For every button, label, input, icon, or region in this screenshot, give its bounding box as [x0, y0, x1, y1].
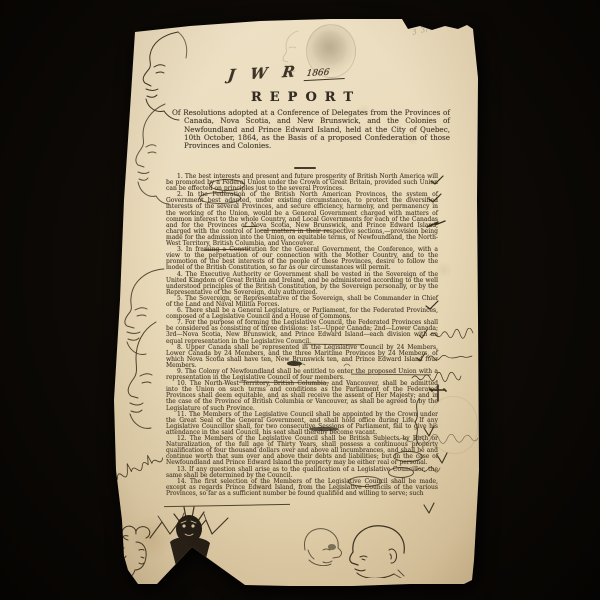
subtitle-paragraph: Of Resolutions adopted at a Conference o… — [172, 109, 450, 150]
cursive-line-icon — [398, 434, 478, 444]
resolution-10: 10. The North-West Territory, British Co… — [166, 381, 438, 411]
checkmark-note-icon — [418, 328, 476, 340]
resolution-1: 1. The best interests and present and fu… — [166, 174, 438, 192]
owner-inscription: J W R 1866 — [227, 59, 347, 84]
ink-scribble-icon — [426, 220, 446, 230]
ink-blot-during-life — [309, 427, 339, 431]
paper-sheet: 48170 3 3/4 J W R 1866 REPORT Of Resolut… — [112, 18, 482, 588]
ink-spot — [328, 544, 336, 550]
document-page: 48170 3 3/4 J W R 1866 REPORT Of Resolut… — [112, 18, 482, 588]
resolution-2: 2. In the Federation of the British Nort… — [166, 192, 438, 247]
ornament-rule — [294, 167, 316, 169]
tiny-digit-mark-icon — [343, 362, 351, 368]
small-scribble-icon — [415, 465, 441, 473]
resolution-11: 11. The Members of the Legislative Counc… — [166, 412, 438, 436]
page-title: REPORT — [166, 90, 438, 105]
checkmark-icon — [428, 193, 442, 204]
handwritten-word-icon — [110, 446, 169, 486]
resolution-13: 13. If any question shall arise as to th… — [166, 467, 438, 479]
woman-head-icon — [120, 524, 156, 584]
tiny-digit-mark-icon — [298, 362, 306, 368]
checkmark-note-icon — [416, 351, 476, 363]
resolution-3: 3. In framing a Constitution for the Gen… — [166, 247, 438, 271]
profile-face-lower-left-icon — [114, 318, 170, 436]
pencil-note-2: 3 3/4 — [411, 23, 435, 36]
bald-profile-facing-left-icon — [346, 520, 410, 578]
cursive-note-icon — [411, 372, 467, 382]
profile-face-upper-left-icon — [125, 100, 179, 208]
checkmark-icon — [425, 300, 439, 311]
resolution-14: 14. The first selection of the Members o… — [166, 479, 438, 497]
photo-background: { "scene":{"background_color":"#0c0906",… — [0, 0, 600, 600]
resolution-4: 4. The Executive Authority or Government… — [166, 272, 438, 296]
checkmark-icon — [436, 452, 448, 464]
faint-pencil-oval — [428, 396, 478, 454]
inscription-year: 1866 — [304, 67, 346, 81]
checkmark-icon — [423, 502, 435, 514]
bald-profile-facing-right-icon — [302, 524, 344, 566]
dark-figure-icon — [162, 504, 218, 568]
inscription-initials: J W R — [227, 62, 301, 84]
resolutions-text: 1. The best interests and present and fu… — [166, 174, 438, 497]
resolution-7: 7. For the purpose of forming the Legisl… — [166, 320, 438, 344]
checkmark-icon — [430, 175, 444, 186]
